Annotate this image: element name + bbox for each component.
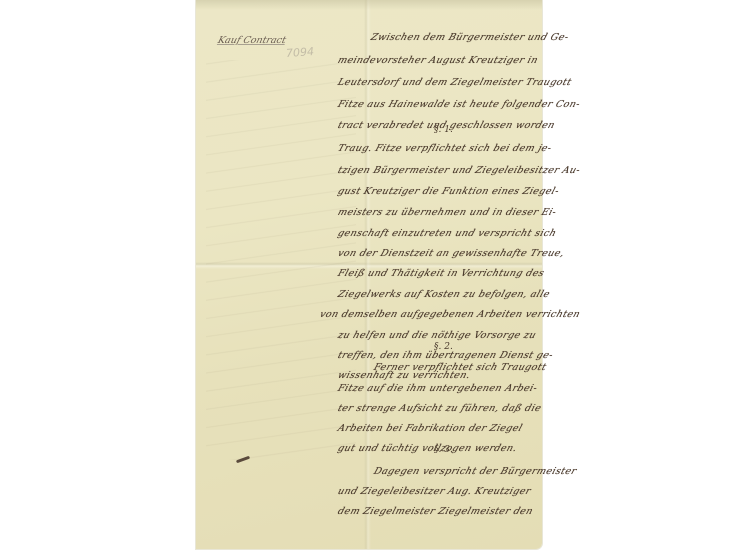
text-line: Fitze auf die ihm untergebenen Arbei-	[336, 383, 539, 394]
text-line: Leutersdorf und dem Ziegelmeister Traugo…	[336, 77, 573, 88]
text-line: meisters zu übernehmen und in dieser Ei-	[336, 207, 558, 218]
text-line: meindevorsteher August Kreutziger in	[336, 55, 539, 66]
text-line: von demselben aufgegebenen Arbeiten verr…	[318, 309, 581, 320]
text-line: zu helfen und die nöthige Vorsorge zu	[336, 330, 537, 341]
section-marker: §. 2.	[434, 342, 453, 352]
text-line: und Ziegeleibesitzer Aug. Kreutziger	[336, 486, 532, 497]
text-line: Fleiß und Thätigkeit in Verrichtung des	[336, 268, 546, 279]
section-marker: §. 1.	[434, 125, 453, 135]
faint-ruling-lines	[206, 60, 356, 460]
text-line: Fitze aus Hainewalde ist heute folgender…	[336, 99, 581, 110]
text-line: gut und tüchtig vollzogen werden.	[336, 443, 518, 454]
text-line: tzigen Bürgermeister und Ziegeleibesitze…	[336, 165, 582, 176]
text-line: genschaft einzutreten und verspricht sic…	[336, 228, 558, 239]
text-line: von der Dienstzeit an gewissenhafte Treu…	[336, 248, 566, 259]
text-line: dem Ziegelmeister Ziegelmeister den	[336, 506, 534, 517]
text-line: Arbeiten bei Fabrikation der Ziegel	[336, 423, 524, 434]
paper-top-shadow	[196, 0, 542, 10]
text-line: Traug. Fitze verpflichtet sich bei dem j…	[336, 143, 553, 154]
text-line: gust Kreutziger die Funktion eines Ziege…	[336, 186, 560, 197]
text-line: Zwischen dem Bürgermeister und Ge-	[369, 32, 570, 43]
document-heading: Kauf Contract	[217, 35, 288, 46]
text-line: Ferner verpflichtet sich Traugott	[372, 362, 548, 373]
text-line: Dagegen verspricht der Bürgermeister	[372, 466, 578, 477]
document-page: Kauf Contract 7094 Zwischen dem Bürgerme…	[196, 0, 542, 549]
pencil-archive-number: 7094	[286, 45, 315, 60]
text-line: Ziegelwerks auf Kosten zu befolgen, alle	[336, 289, 551, 300]
text-line: ter strenge Aufsicht zu führen, daß die	[336, 403, 543, 414]
section-marker: §. 3.	[434, 445, 453, 455]
